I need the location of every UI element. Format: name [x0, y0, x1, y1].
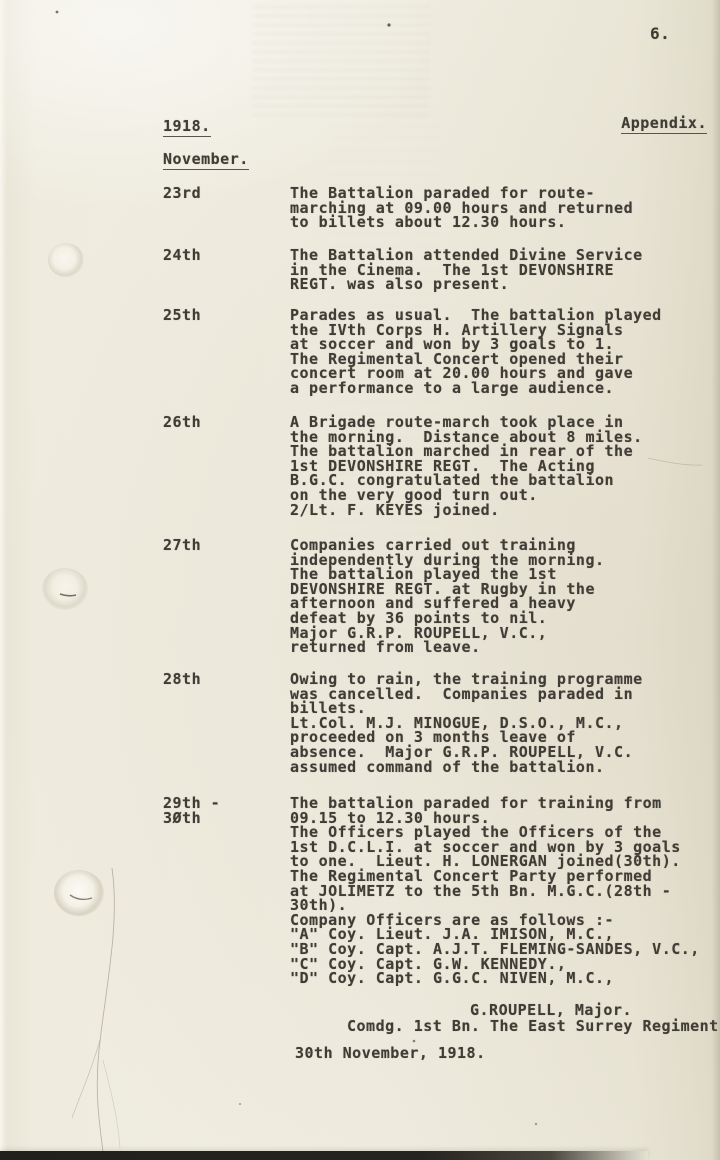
entry-date: 28th — [163, 672, 290, 774]
entry-date: 25th — [163, 308, 290, 396]
entry-date: 27th — [163, 538, 290, 655]
diary-entry: 24thThe Battalion attended Divine Servic… — [163, 248, 643, 292]
diary-entry: 27thCompanies carried out training indep… — [163, 538, 605, 655]
entry-text: Owing to rain, the training programme wa… — [290, 672, 643, 774]
closing-date: 30th November, 1918. — [295, 1046, 486, 1061]
entry-date: 26th — [163, 415, 290, 517]
diary-entry: 25thParades as usual. The battalion play… — [163, 308, 662, 396]
page-number: 6. — [650, 27, 670, 42]
diary-entry: 29th - 3ØthThe battalion paraded for tra… — [163, 796, 700, 986]
signature-officer: G.ROUPELL, Major. — [470, 1003, 632, 1018]
year-heading: 1918. — [163, 119, 211, 134]
punch-hole-dent — [42, 568, 88, 610]
entry-date: 24th — [163, 248, 290, 292]
bleed-through-ghost — [252, 6, 430, 116]
month-heading: November. — [163, 152, 249, 167]
right-edge-shadow — [712, 0, 720, 1160]
diary-entry: 26thA Brigade route-march took place in … — [163, 415, 643, 517]
entry-date: 23rd — [163, 186, 290, 230]
bottom-scan-bar — [0, 1151, 648, 1160]
diary-entry: 28thOwing to rain, the training programm… — [163, 672, 643, 774]
paper-sheet: 6. 1918. Appendix. November. 23rdThe Bat… — [0, 0, 720, 1160]
entry-text: The Battalion attended Divine Service in… — [290, 248, 643, 292]
entry-text: A Brigade route-march took place in the … — [290, 415, 643, 517]
entry-text: The Battalion paraded for route- marchin… — [290, 186, 633, 230]
appendix-label: Appendix. — [621, 116, 707, 131]
entry-date: 29th - 3Øth — [163, 796, 290, 986]
signature-command: Comdg. 1st Bn. The East Surrey Regiment. — [347, 1019, 720, 1034]
entry-text: The battalion paraded for training from … — [290, 796, 700, 986]
punch-hole-dent — [48, 243, 84, 277]
diary-entry: 23rdThe Battalion paraded for route- mar… — [163, 186, 633, 230]
entry-text: Parades as usual. The battalion played t… — [290, 308, 662, 396]
punch-hole-dent — [54, 870, 104, 916]
entry-text: Companies carried out training independe… — [290, 538, 605, 655]
